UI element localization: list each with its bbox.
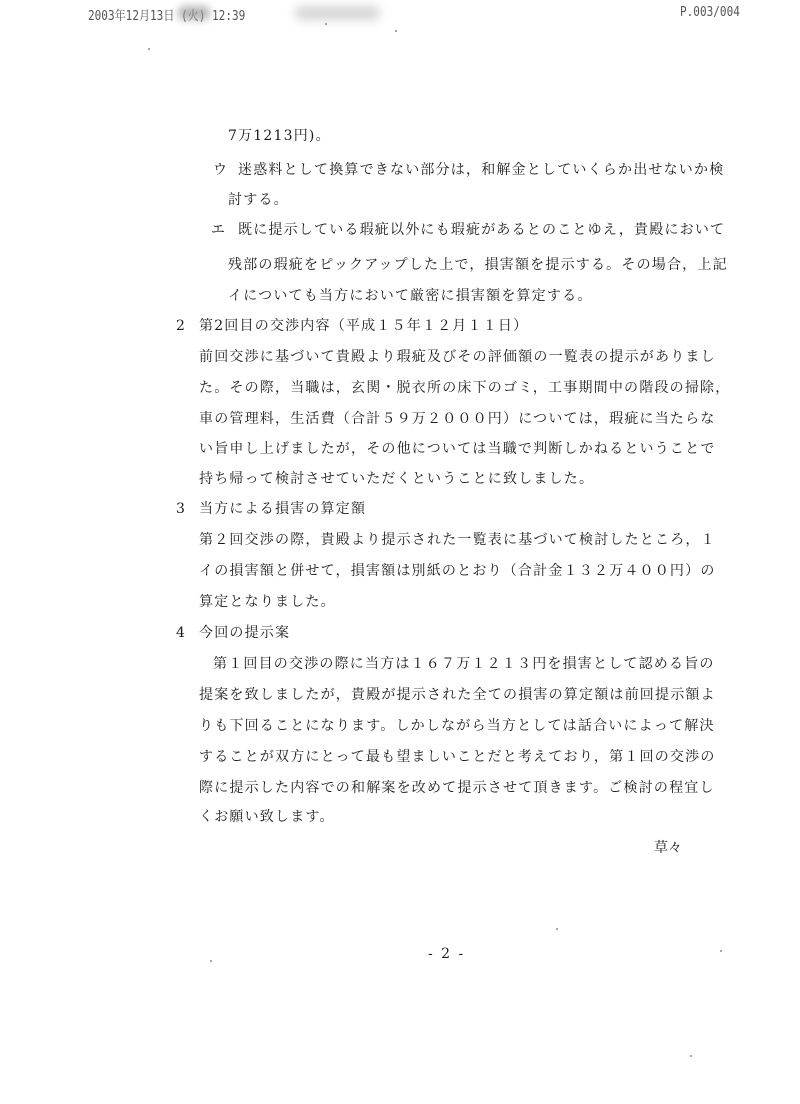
- fax-datetime: 2003年12月13日 (火) 12:39: [88, 5, 245, 24]
- section-4-line: 第１回目の交渉の際に当方は１６７万１２１３円を損害として認める旨の: [213, 655, 715, 673]
- fax-header: 2003年12月13日 (火) 12:39 P.003/004: [0, 0, 800, 26]
- section-2-line: 前回交渉に基づいて貴殿より瑕疵及びその評価額の一覧表の提示がありまし: [199, 348, 716, 366]
- item-u-marker: ウ: [213, 161, 227, 179]
- section-2-line: 持ち帰って検討させていただくということに致しました。: [199, 470, 594, 488]
- closing-salutation: 草々: [654, 837, 682, 857]
- section-2-line: 車の管理料，生活費（合計５９万２０００円）については，瑕疵に当たらな: [199, 410, 716, 428]
- section-3-number: 3: [176, 500, 185, 518]
- section-4-number: 4: [176, 624, 185, 642]
- section-3-line: 第２回交渉の際，貴殿より提示された一覧表に基づいて検討したところ，１: [199, 531, 716, 549]
- section-3-heading: 当方による損害の算定額: [199, 500, 366, 518]
- section-2-number: 2: [176, 317, 185, 335]
- section-4-line: くお願い致します。: [199, 808, 335, 826]
- scan-speck: [556, 928, 558, 930]
- scan-speck: [325, 23, 327, 25]
- section-2-line: い旨申し上げましたが，その他については当職で判断しかねるということで: [199, 440, 716, 458]
- item-e-marker: エ: [211, 221, 225, 239]
- section-4-line: りも下回ることになります。しかしながら当方としては話合いによって解決: [199, 717, 715, 735]
- continuation-line: 7万1213円)。: [228, 127, 331, 145]
- section-4-line: 際に提示した内容での和解案を改めて提示させて頂きます。ご検討の程宜し: [199, 779, 715, 797]
- section-2-heading: 第2回目の交渉内容（平成１５年１２月１１日）: [199, 317, 528, 335]
- page-number: - 2 -: [428, 946, 465, 962]
- item-e-line: 既に提示している瑕疵以外にも瑕疵があるとのことゆえ，貴殿において: [238, 221, 725, 239]
- item-u-line: 迷惑料として換算できない部分は，和解金としていくらか出せないか検: [238, 161, 724, 179]
- section-4-line: することが双方にとって最も望ましいことだと考えており，第１回の交渉の: [199, 748, 716, 766]
- section-2-line: た。その際，当職は，玄関・脱衣所の床下のゴミ，工事期間中の階段の掃除，: [199, 379, 730, 397]
- fax-page-indicator: P.003/004: [680, 5, 740, 20]
- scan-speck: [395, 30, 397, 32]
- scan-speck: [148, 48, 150, 50]
- item-e-line: 残部の瑕疵をピックアップした上で，損害額を提示する。その場合，上記: [228, 256, 728, 274]
- item-u-line: 討する。: [228, 191, 289, 209]
- item-e-line: イについても当方において厳密に損害額を算定する。: [228, 287, 593, 305]
- scan-speck: [720, 950, 722, 952]
- section-4-line: 提案を致しましたが，貴殿が提示された全ての損害の算定額は前回提示額よ: [199, 686, 716, 704]
- section-3-line: 算定となりました。: [199, 593, 336, 611]
- redacted-sender-name: [178, 6, 210, 20]
- scan-speck: [210, 960, 212, 962]
- section-3-line: イの損害額と併せて，損害額は別紙のとおり（合計金１３２万４００円）の: [199, 562, 716, 580]
- section-4-heading: 今回の提示案: [199, 624, 290, 642]
- scan-speck: [690, 1055, 692, 1057]
- redacted-fax-number: [295, 6, 380, 20]
